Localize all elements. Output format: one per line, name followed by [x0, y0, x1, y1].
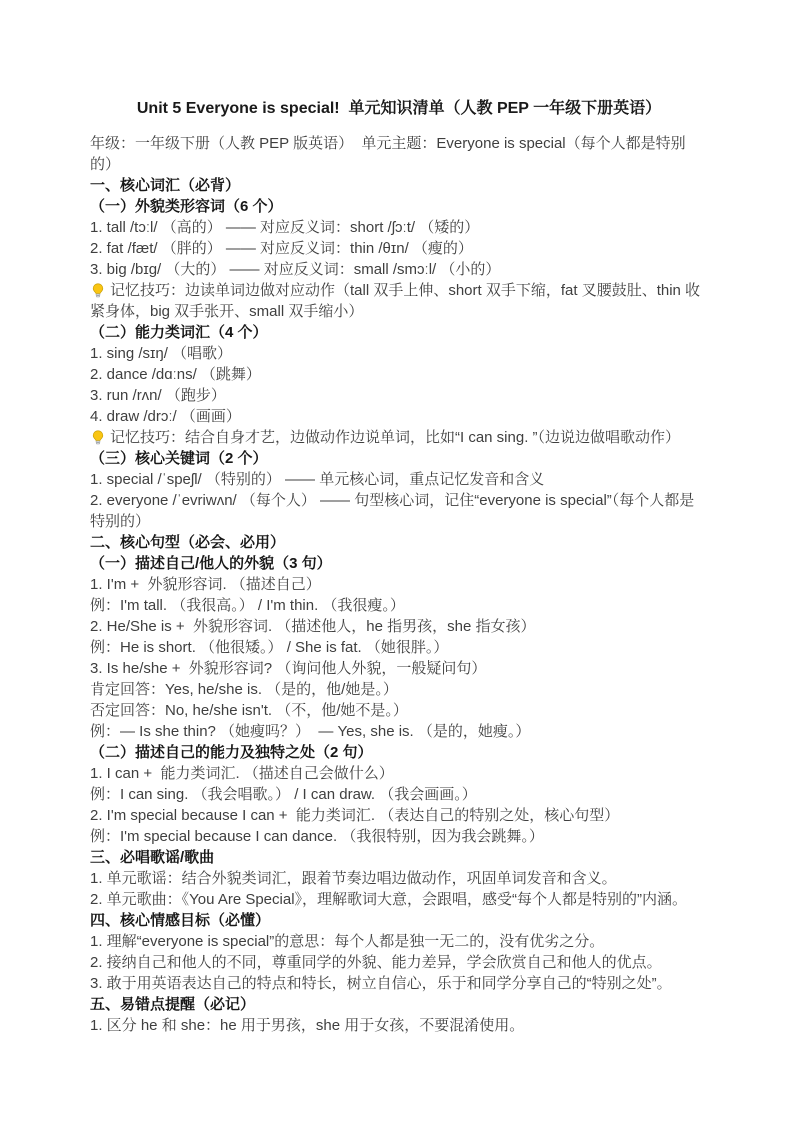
affirmative-answer-line: 肯定回答：Yes, he/she is. （是的，他/她是。） — [90, 679, 708, 700]
subsection-key-words: （三）核心关键词（2 个） — [90, 448, 708, 469]
subsection-ability-words: （二）能力类词汇（4 个） — [90, 322, 708, 343]
example-im-tall: 例：I'm tall. （我很高。） / I'm thin. （我很瘦。） — [90, 595, 708, 616]
vocab-item-sing: 1. sing /sɪŋ/ （唱歌） — [90, 343, 708, 364]
subsection-appearance-adjectives: （一）外貌类形容词（6 个） — [90, 196, 708, 217]
pattern-i-can: 1. I can + 能力类词汇. （描述自己会做什么） — [90, 763, 708, 784]
memory-tip-ability: 记忆技巧：结合自身才艺，边做动作边说单词，比如“I can sing. ”（边说… — [90, 427, 708, 448]
example-i-can-sing: 例：I can sing. （我会唱歌。） / I can draw. （我会画… — [90, 784, 708, 805]
vocab-item-fat: 2. fat /fæt/ （胖的） —— 对应反义词：thin /θɪn/ （瘦… — [90, 238, 708, 259]
song-item-chant: 1. 单元歌谣：结合外貌类词汇，跟着节奏边唱边做动作，巩固单词发音和含义。 — [90, 868, 708, 889]
subsection-describe-ability: （二）描述自己的能力及独特之处（2 句） — [90, 742, 708, 763]
vocab-item-dance: 2. dance /dɑːns/ （跳舞） — [90, 364, 708, 385]
goal-item-accept-differences: 2. 接纳自己和他人的不同，尊重同学的外貌、能力差异，学会欣赏自己和他人的优点。 — [90, 952, 708, 973]
document-page: Unit 5 Everyone is special! 单元知识清单（人教 PE… — [0, 0, 794, 1123]
pattern-im-special-because: 2. I'm special because I can + 能力类词汇. （表… — [90, 805, 708, 826]
vocab-item-big: 3. big /bɪg/ （大的） —— 对应反义词：small /smɔːl/… — [90, 259, 708, 280]
reminder-item-he-she: 1. 区分 he 和 she：he 用于男孩，she 用于女孩，不要混淆使用。 — [90, 1015, 708, 1036]
pattern-he-she-is: 2. He/She is + 外貌形容词. （描述他人，he 指男孩，she 指… — [90, 616, 708, 637]
vocab-item-tall: 1. tall /tɔːl/ （高的） —— 对应反义词：short /ʃɔːt… — [90, 217, 708, 238]
section-heading-sentence-patterns: 二、核心句型（必会、必用） — [90, 532, 708, 553]
song-item-you-are-special: 2. 单元歌曲：《You Are Special》，理解歌词大意，会跟唱，感受“… — [90, 889, 708, 910]
memory-tip-appearance: 记忆技巧：边读单词边做对应动作（tall 双手上伸、short 双手下缩，fat… — [90, 280, 708, 322]
meta-line: 年级：一年级下册（人教 PEP 版英语） 单元主题：Everyone is sp… — [90, 133, 708, 175]
negative-answer-line: 否定回答：No, he/she isn't. （不，他/她不是。） — [90, 700, 708, 721]
memory-tip-text: 记忆技巧：结合自身才艺，边做动作边说单词，比如“I can sing. ”（边说… — [110, 429, 680, 446]
subsection-describe-appearance: （一）描述自己/他人的外貌（3 句） — [90, 553, 708, 574]
goal-item-express-confidence: 3. 敢于用英语表达自己的特点和特长，树立自信心，乐于和同学分享自己的“特别之处… — [90, 973, 708, 994]
pattern-im-adjective: 1. I'm + 外貌形容词. （描述自己） — [90, 574, 708, 595]
vocab-item-special: 1. special /ˈspeʃl/ （特别的） —— 单元核心词，重点记忆发… — [90, 469, 708, 490]
doc-title: Unit 5 Everyone is special! 单元知识清单（人教 PE… — [90, 97, 708, 120]
example-im-special-because: 例：I'm special because I can dance. （我很特别… — [90, 826, 708, 847]
section-heading-error-reminders: 五、易错点提醒（必记） — [90, 994, 708, 1015]
memory-tip-text: 记忆技巧：边读单词边做对应动作（tall 双手上伸、short 双手下缩，fat… — [90, 282, 700, 320]
vocab-item-everyone: 2. everyone /ˈevriwʌn/ （每个人） —— 句型核心词，记住… — [90, 490, 708, 532]
section-heading-emotional-goals: 四、核心情感目标（必懂） — [90, 910, 708, 931]
section-heading-songs: 三、必唱歌谣/歌曲 — [90, 847, 708, 868]
vocab-item-draw: 4. draw /drɔː/ （画画） — [90, 406, 708, 427]
example-is-she-thin: 例：— Is she thin? （她瘦吗？） — Yes, she is. （… — [90, 721, 708, 742]
example-he-is-short: 例：He is short. （他很矮。） / She is fat. （她很胖… — [90, 637, 708, 658]
lightbulb-icon — [90, 282, 106, 298]
section-heading-core-vocabulary: 一、核心词汇（必背） — [90, 175, 708, 196]
vocab-item-run: 3. run /rʌn/ （跑步） — [90, 385, 708, 406]
goal-item-understand: 1. 理解“everyone is special”的意思：每个人都是独一无二的… — [90, 931, 708, 952]
pattern-is-he-she: 3. Is he/she + 外貌形容词? （询问他人外貌，一般疑问句） — [90, 658, 708, 679]
lightbulb-icon — [90, 429, 106, 445]
